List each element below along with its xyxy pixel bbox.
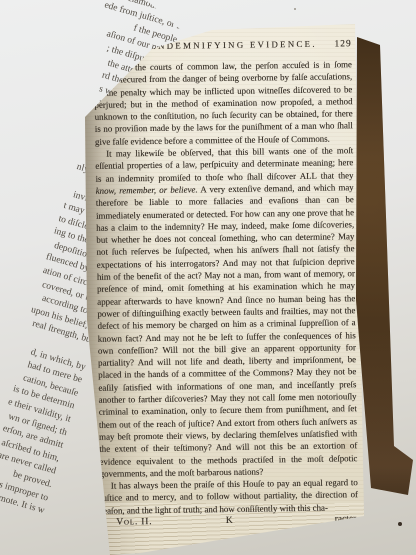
dust-speck <box>398 522 402 526</box>
page-content: A. 1742.] INDEMNIFYING EVIDENCE. 129 tha… <box>94 38 359 528</box>
book-photo: O N, that clamour is not eede from juſti… <box>0 0 416 555</box>
paragraph-3: It has always been the praiſe of this Ho… <box>100 476 358 516</box>
volume-label: Vol. II. <box>100 517 186 528</box>
paragraph-2-roman-2: A very extenſive demand, and which may t… <box>96 182 358 478</box>
paragraph-1: that in all the courts of common law, th… <box>94 58 353 148</box>
catchword: racter, <box>272 514 358 525</box>
paragraph-2-roman-1: It may likewiſe be obſerved, that this b… <box>95 145 353 183</box>
dust-speck <box>294 8 296 10</box>
page-number: 129 <box>334 39 351 49</box>
page-body: that in all the courts of common law, th… <box>94 58 358 517</box>
signature-mark: K <box>186 515 272 526</box>
paragraph-2-italic-phrase: know, remember, or believe. <box>96 184 198 195</box>
paragraph-2: It may likewiſe be obſerved, that this b… <box>95 144 358 480</box>
